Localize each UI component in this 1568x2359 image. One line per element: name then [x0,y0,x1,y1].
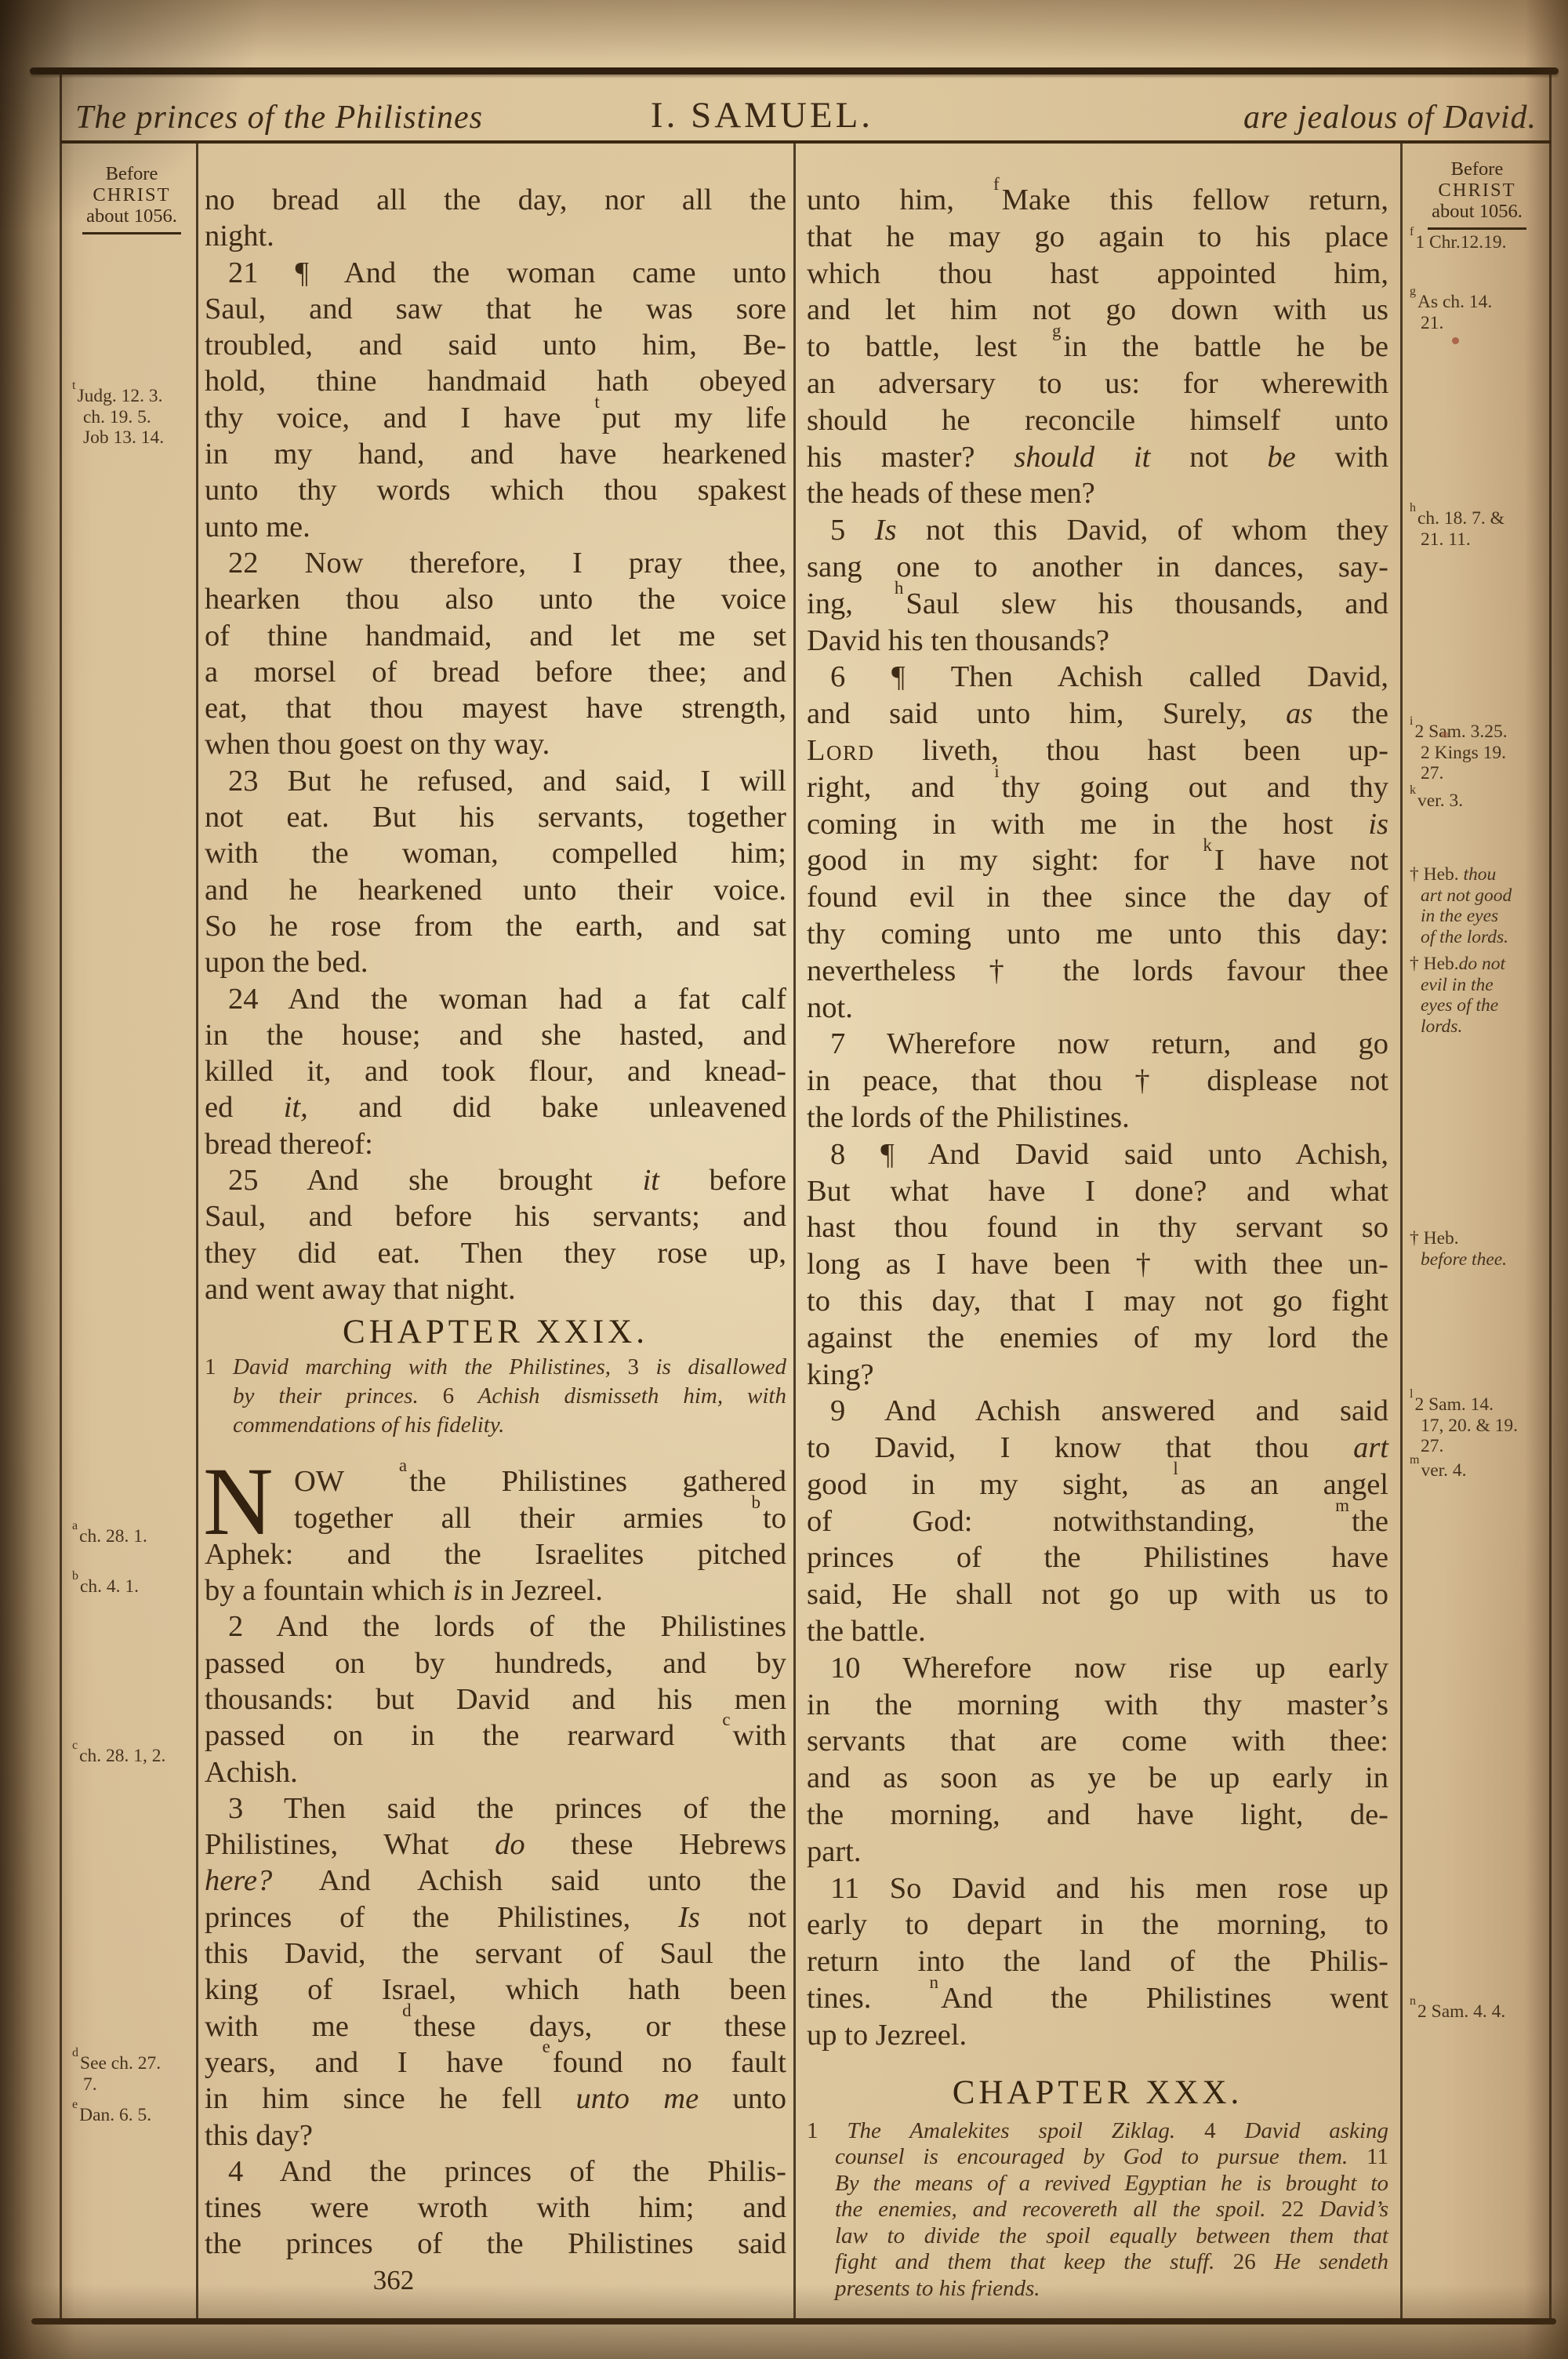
margin-note-line: lords. [1410,1016,1544,1038]
verse-text-line: unto me. [205,509,786,545]
margin-reference-note: eDan. 6. 5. [72,2105,191,2126]
verse-text-line: 6 ¶ Then Achish called David, [807,659,1388,696]
verse-text-line: that he may go again to his place [807,219,1388,256]
verse-text-line: upon the bed. [205,944,786,980]
verse-text-line: against the enemies of my lord the [807,1320,1388,1357]
chapter-summary-line: law to divide the spoil equally between … [807,2223,1388,2250]
verse-text-line: this David, the servant of Saul the [205,1936,786,1972]
verse-text-line: So he rose from the earth, and sat [205,908,786,944]
verse-text-line: Saul, and saw that he was sore [205,291,786,327]
verse-text-line: with me dthese days, or these [205,2008,786,2045]
verse-text-line: to David, I know that thou art [807,1430,1388,1467]
margin-note-line: f1 Chr.12.19. [1410,232,1544,253]
verse-text-line: But what have I done? and what [807,1173,1388,1210]
verse-text-line: princes of the Philistines have [807,1539,1388,1576]
top-border-rule [30,67,1559,75]
verse-text-line: said, He shall not go up with us to [807,1576,1388,1613]
chronology-line: about 1056. [1410,201,1544,222]
verse-text-line: Achish. [205,1754,786,1790]
column-rule-left [196,144,198,2321]
margin-reference-note: bch. 4. 1. [72,1576,191,1598]
margin-reference-note: f1 Chr.12.19. [1410,232,1544,253]
verse-text-line: 4 And the princes of the Philis- [205,2154,786,2190]
chronology-left: BeforeCHRISTabout 1056. [72,163,191,234]
column-rule-center [793,144,796,2321]
chapter-summary-line [205,1440,786,1463]
chronology-line: Before [72,163,191,184]
margin-note-line: † Heb. [1410,1228,1544,1249]
verse-text-line: in him since he fell unto me unto [205,2081,786,2117]
margin-note-line: 27. [1410,763,1544,784]
verse-text-line: the princes of the Philistines said [205,2226,786,2262]
verse-text-line: the heads of these men? [807,475,1388,512]
verse-text-line: thy coming unto me unto this day: [807,916,1388,953]
verse-text-line: 10 Wherefore now rise up early [807,1650,1388,1687]
verse-text-line: Saul, and before his servants; and [205,1198,786,1234]
paper-stain [1441,732,1449,738]
verse-text-line: by a fountain which is in Jezreel. [205,1572,786,1608]
margin-reference-note: n2 Sam. 4. 4. [1410,2001,1544,2023]
margin-note-line: bch. 4. 1. [72,1576,191,1598]
chapter-summary-line: 1 The Amalekites spoil Ziklag. 4 David a… [807,2118,1388,2145]
verse-text-line: Aphek: and the Israelites pitched [205,1536,786,1572]
margin-reference-note: l2 Sam. 14.17, 20. & 19.27. [1410,1394,1544,1457]
margin-note-line: art not good [1410,885,1544,907]
verse-text-line: they did eat. Then they rose up, [205,1235,786,1271]
verse-text-line: return into the land of the Philis- [807,1943,1388,1980]
verse-text-line: an adversary to us: for wherewith [807,365,1388,402]
chapter-summary-line: the enemies, and recovereth all the spoi… [807,2197,1388,2223]
verse-text-line: Lord liveth, thou hast been up- [807,732,1388,769]
margin-reference-note: gAs ch. 14.21. [1410,292,1544,333]
margin-note-line: 7. [72,2074,191,2095]
verse-text-line: the battle. [807,1613,1388,1650]
verse-text-line: and as soon as ye be up early in [807,1760,1388,1797]
verse-text-line: tines. nAnd the Philistines went [807,1980,1388,2017]
chapter-summary-line: By the means of a revived Egyptian he is… [807,2171,1388,2197]
margin-note-line: eDan. 6. 5. [72,2105,191,2126]
margin-reference-note: † Heb.before thee. [1410,1228,1544,1270]
verse-text-line: passed on by hundreds, and by [205,1645,786,1681]
verse-text-line: to this day, that I may not go fight [807,1283,1388,1320]
left-margin-notes: BeforeCHRISTabout 1056. tJudg. 12. 3.ch.… [72,0,191,2359]
verse-text-line: of thine handmaid, and let me set [205,618,786,654]
verse-text-line: a morsel of bread before thee; and [205,654,786,690]
verse-text-line: 7 Wherefore now return, and go [807,1026,1388,1063]
photo-shade-top [0,0,1568,63]
verse-text-line: passed on in the rearward cwith [205,1717,786,1754]
verse-text-line: 5 Is not this David, of whom they [807,512,1388,549]
verse-text-line: when thou goest on thy way. [205,726,786,762]
margin-note-line: n2 Sam. 4. 4. [1410,2001,1544,2023]
margin-reference-note: kver. 3. [1410,791,1544,812]
photo-shade-left [0,0,74,2359]
verse-text-line: thy voice, and I have tput my life [205,400,786,436]
verse-text-line: 22 Now therefore, I pray thee, [205,545,786,581]
margin-note-line: † Heb.do not [1410,954,1544,975]
verse-text-line: princes of the Philistines, Is not [205,1899,786,1936]
verse-text-line: years, and I have efound no fault [205,2045,786,2081]
verse-text-line: OW athe Philistines gathered [205,1463,786,1499]
margin-note-line: eyes of the [1410,995,1544,1016]
verse-text-line: hold, thine handmaid hath obeyed [205,363,786,399]
verse-text-line: hearken thou also unto the voice [205,581,786,617]
verse-text-line: coming in with me in the host is [807,806,1388,843]
verse-text-line: right, and ithy going out and thy [807,769,1388,806]
verse-text-line: 24 And the woman had a fat calf [205,981,786,1017]
left-border-rule [60,72,62,2321]
verse-text-line: should he reconcile himself unto [807,402,1388,439]
margin-note-line: 17, 20. & 19. [1410,1416,1544,1437]
verse-text-line: Philistines, What do these Hebrews [205,1826,786,1863]
verse-text-line: with the woman, compelled him; [205,835,786,871]
left-text-column: N no bread all the day, nor all thenight… [205,182,786,2263]
verse-text-line: 8 ¶ And David said unto Achish, [807,1136,1388,1173]
verse-text-line: up to Jezreel. [807,2017,1388,2054]
verse-text-line: ed it, and did bake unleavened [205,1089,786,1125]
verse-text-line: David his ten thousands? [807,623,1388,660]
verse-text-line: found evil in thee since the day of [807,879,1388,916]
margin-note-line: 27. [1410,1436,1544,1457]
verse-text-line: and he hearkened unto their voice. [205,872,786,908]
margin-note-line: l2 Sam. 14. [1410,1394,1544,1416]
chronology-rule [82,232,181,234]
chapter-heading: CHAPTER XXX. [807,2054,1388,2118]
chapter-summary-line: commendations of his fidelity. [205,1411,786,1440]
chronology-rule [1428,227,1526,230]
verse-text-line: tines were wroth with him; and [205,2190,786,2226]
verse-text-line: good in my sight, las an angel [807,1467,1388,1503]
margin-reference-note: mver. 4. [1410,1460,1544,1481]
verse-text-line: killed it, and took flour, and knead- [205,1053,786,1089]
verse-text-line: servants that are come with thee: [807,1723,1388,1760]
chapter-summary-line: 1 David marching with the Philistines, 3… [205,1353,786,1382]
verse-text-line: hast thou found in thy servant so [807,1209,1388,1246]
margin-note-line: of the lords. [1410,927,1544,948]
verse-text-line: which thou hast appointed him, [807,256,1388,293]
verse-text-line: and went away that night. [205,1271,786,1307]
margin-note-line: cch. 28. 1, 2. [72,1746,191,1767]
verse-text-line: 2 And the lords of the Philistines [205,1608,786,1645]
verse-text-line: 21 ¶ And the woman came unto [205,255,786,291]
margin-note-line: Job 13. 14. [72,427,191,449]
verse-text-line: not eat. But his servants, together [205,799,786,835]
chapter-summary-line: presents to his friends. [807,2276,1388,2303]
verse-text-line: long as I have been † with thee un- [807,1246,1388,1283]
margin-note-line: gAs ch. 14. [1410,292,1544,313]
verse-text-line: this day? [205,2117,786,2154]
verse-text-line: ing, hSaul slew his thousands, and [807,586,1388,623]
margin-note-line: hch. 18. 7. & [1410,508,1544,529]
verse-text-line: no bread all the day, nor all the [205,182,786,218]
verse-text-line: and said unto him, Surely, as the [807,696,1388,732]
verse-text-line: troubled, and said unto him, Be- [205,327,786,363]
dropcap-initial: N [203,1462,291,1542]
verse-text-line: nevertheless † the lords favour thee [807,953,1388,990]
verse-text-line: unto him, fMake this fellow return, [807,182,1388,219]
verse-text-line: 23 But he refused, and said, I will [205,763,786,799]
margin-reference-note: tJudg. 12. 3.ch. 19. 5.Job 13. 14. [72,386,191,449]
verse-text-line: together all their armies bto [205,1500,786,1536]
margin-note-line: ach. 28. 1. [72,1526,191,1547]
margin-note-line: before thee. [1410,1249,1544,1270]
margin-reference-note: cch. 28. 1, 2. [72,1746,191,1767]
verse-text-line: his master? should it not be with [807,439,1388,476]
margin-note-line: tJudg. 12. 3. [72,386,191,407]
margin-note-line: ch. 19. 5. [72,407,191,428]
margin-reference-note: ach. 28. 1. [72,1526,191,1547]
chapter-summary-line: by their princes. 6 Achish dismisseth hi… [205,1382,786,1411]
verse-text-line: in the morning with thy master’s [807,1687,1388,1724]
chronology-line: CHRIST [72,184,191,205]
chapter-summary-line: counsel is encouraged by God to pursue t… [807,2144,1388,2171]
verse-text-line: early to depart in the morning, to [807,1906,1388,1943]
chapter-heading: CHAPTER XXIX. [205,1307,786,1353]
margin-note-line: evil in the [1410,975,1544,996]
verse-text-line: and let him not go down with us [807,292,1388,329]
verse-text-line: part. [807,1834,1388,1870]
right-border-rule [1549,72,1552,2321]
right-text-column: unto him, fMake this fellow return,that … [807,182,1388,2302]
verse-text-line: to battle, lest gin the battle he be [807,329,1388,365]
verse-text-line: good in my sight: for kI have not [807,842,1388,879]
margin-reference-note: hch. 18. 7. &21. 11. [1410,508,1544,550]
running-head: The princes of the Philistines I. SAMUEL… [0,94,1568,143]
margin-note-line: kver. 3. [1410,791,1544,812]
header-divider-rule [61,140,1551,144]
bible-page-scan: The princes of the Philistines I. SAMUEL… [0,0,1568,2359]
verse-text-line: the lords of the Philistines. [807,1100,1388,1136]
verse-text-line: 11 So David and his men rose up [807,1870,1388,1907]
verse-text-line: night. [205,218,786,254]
chronology-right: BeforeCHRISTabout 1056. [1410,158,1544,230]
verse-text-line: eat, that thou mayest have strength, [205,690,786,726]
verse-text-line: 25 And she brought it before [205,1162,786,1198]
verse-text-line: of God: notwithstanding, mthe [807,1503,1388,1540]
chronology-line: about 1056. [72,205,191,227]
verse-text-line: king of Israel, which hath been [205,1972,786,2008]
margin-note-line: i2 Sam. 3.25. [1410,722,1544,743]
verse-text-line: bread thereof: [205,1126,786,1162]
margin-note-line: in the eyes [1410,906,1544,927]
margin-reference-note: † Heb.do notevil in theeyes of thelords. [1410,954,1544,1037]
verse-text-line: not. [807,990,1388,1027]
margin-note-line: 2 Kings 19. [1410,743,1544,764]
margin-reference-note: i2 Sam. 3.25.2 Kings 19.27. [1410,722,1544,784]
chronology-line: Before [1410,158,1544,180]
verse-text-line: unto thy words which thou spakest [205,472,786,508]
paper-stain [1452,337,1459,344]
verse-text-line: here? And Achish said unto the [205,1863,786,1899]
verse-text-line: the morning, and have light, de- [807,1797,1388,1834]
column-rule-right [1400,144,1403,2321]
verse-text-line: in peace, that thou † displease not [807,1063,1388,1100]
chapter-summary-line: fight and them that keep the stuff. 26 H… [807,2249,1388,2276]
verse-text-line: in my hand, and have hearkened [205,436,786,472]
verse-text-line: thousands: but David and his men [205,1681,786,1717]
verse-text-line: 3 Then said the princes of the [205,1790,786,1826]
right-margin-notes: BeforeCHRISTabout 1056. f1 Chr.12.19.gAs… [1410,0,1544,2359]
verse-text-line: 9 And Achish answered and said [807,1393,1388,1430]
margin-reference-note: dSee ch. 27.7. [72,2053,191,2095]
margin-note-line: mver. 4. [1410,1460,1544,1481]
margin-note-line: 21. 11. [1410,529,1544,551]
verse-text-line: king? [807,1357,1388,1394]
margin-note-line: 21. [1410,313,1544,334]
verse-text-line: in the house; and she hasted, and [205,1017,786,1053]
margin-reference-note: † Heb. thouart not goodin the eyesof the… [1410,864,1544,947]
chronology-line: CHRIST [1410,180,1544,201]
page-number: 362 [335,2265,452,2296]
margin-note-line: † Heb. thou [1410,864,1544,885]
margin-note-line: dSee ch. 27. [72,2053,191,2074]
